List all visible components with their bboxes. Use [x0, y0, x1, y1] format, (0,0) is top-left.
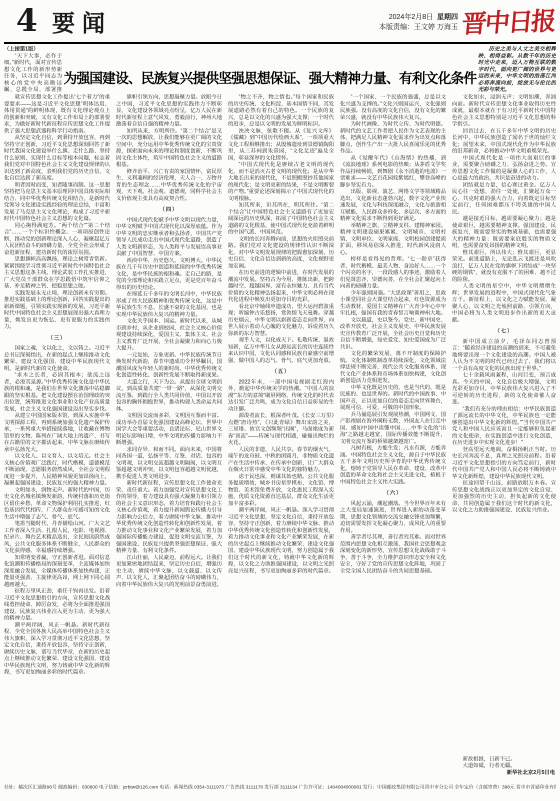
article-paragraph: 泱泱中华，历史悠久，文明博大。中华民族在几千年历史中创造和延续的中华优秀传统文化… [116, 257, 222, 291]
article-column-2: 旗帜引领方向，思想凝聚力量。放眼今日之中国，习近平文化思想的实践伟力不断彰显，文… [116, 94, 222, 776]
article-paragraph: 登高望远天地阔，奋楫扬帆正当时。历史长河奔流不息，真理之光照亮前程。沿着习近平文… [452, 446, 556, 480]
article-paragraph: 越是接近目标，越需要凝心聚力；越是使命艰巨，越需要精神支撑。强国建设、民族复兴，… [452, 216, 556, 250]
article-paragraph: 知常明变者赢，守正创新者进。面对信息化浪潮和传播格局的深刻变革，主流媒体加快深度… [4, 554, 110, 588]
article-paragraph: “一个国家、一个民族的强盛，总是以文化兴盛为支撑的。”文化兴则国运兴，文化强则民… [340, 94, 446, 121]
article-paragraph: “中国式现代化是赓续古老文明的现代化，而不是消灭古老文明的现代化；是从中华大地长… [228, 162, 334, 203]
article-paragraph: 文明因交流而多彩，文明因互鉴而丰富。成功举办首届文化强国建设高峰论坛、世界中国学… [116, 413, 222, 447]
article-column-5: 文化如水，浸润无声；文明如潮，奔涌向前。新时代宣传思想文化事业取得历史性成就，最… [452, 94, 556, 776]
article-paragraph: 兵马俑巡展引发观展热潮，中国网文、国产影视剧在海外圈粉无数，外国友人在行走中国、… [340, 411, 446, 445]
article-paragraph: “天下大事，必作于细。”新时代，面对宣传思想文化工作的新形势新任务，以习近平同志… [4, 53, 62, 92]
section-title: 要闻 [52, 11, 112, 37]
article-paragraph: 举精神之旗、立精神支柱、建精神家园。精神文明建设硕果累累，文明城市、文明村镇、文… [340, 222, 446, 256]
article-paragraph: 实践发展永无止境，理论创新未有穷期。推进实践基础上的理论创新，回答实践提出的崭新… [4, 290, 110, 331]
article-paragraph: 文化如水，浸润无声；文明如潮，奔涌向前。新时代宣传思想文化事业取得历史性成就，最… [452, 94, 556, 128]
article-paragraph: 出版、影视、演艺、网络文学等领域精品迭出，文化新业态蓬勃兴起，数字文化产业快速发… [340, 189, 446, 223]
article-paragraph: 从建立中国国家版本馆，到深入实施中华文明探源工程，再到系统加强文化遗产保护传承，… [4, 413, 110, 454]
date-line: 2024年2月8日 星期四 [379, 13, 458, 23]
article-paragraph: 征程万里风正劲，重任千钧再出发。沿着习近平文化思想指引的方向，宣传思想文化战线勇… [4, 588, 110, 622]
article-column-4: “一个国家、一个民族的强盛，总是以文化兴盛为支撑的。”文化兴则国运兴，文化强则民… [340, 94, 446, 776]
masthead-logo: 晋中日报 [460, 5, 555, 40]
continued-note: （上接第1版） [4, 46, 62, 53]
article-paragraph: 新时代新征程，宣传思想文化工作使命光荣、责任重大。着力加强党对宣传思想文化工作的… [116, 480, 222, 554]
article-paragraph: 以文化人、以文育人、以文培元。社会主义核心价值观广泛践行，时代楷模、道德模范不断… [4, 453, 110, 487]
article-paragraph: 就宣传思想文化工作提出“七个着力”的重要要求——这是习近平文化思想“明体达用、体… [4, 94, 110, 135]
dateline: 新华社北京2月5日电 [452, 769, 556, 776]
article-paragraph: 人民的非遗，人民共享。春节的烟火气、端午的龙舟鼓、中秋的团圆月，非物质文化遗产在… [228, 446, 334, 473]
section-marker: （七） [452, 328, 556, 335]
article-paragraph: 团结就是力量，信心赛过黄金。亿万人民心往一处想、劲往一处使，汇聚起万众一心、共克… [452, 182, 556, 216]
article-paragraph: 思想旗帜高高飘扬，理论之树常青常新。紧紧围绕学习贯彻习近平新时代中国特色社会主义… [4, 256, 110, 290]
article-paragraph: 知其所来，识其所在，明其所往。“第二个结合”让中国特色社会主义道路有了更加宏阔深… [228, 202, 334, 236]
article-paragraph: 凡树有根，方能生发；凡水有源，方能奔涌。中国特色社会主义文化，源自于中华民族五千… [340, 445, 446, 486]
section-marker: （四） [116, 207, 222, 214]
article-paragraph: 修齐治平、兴亡有责的家国情怀，富民厚生、义利兼顾的经济伦理，天人合一、万物并育的… [116, 168, 222, 202]
article-paragraph: 2022年末，一部中国电视剧走红海内外，掀起中华传统美学的热潮。“中国人的浪漫”… [228, 379, 334, 413]
article-paragraph: 同心掬得满庭芳。“两个结合”“第二个结合”……一个个标识性概念、一项项原创性论断… [4, 222, 110, 256]
article-paragraph: 潮平两岸阔，风正一帆悬。新时代新征程，全党全国各族人民高举中国特色社会主义伟大旗… [4, 622, 110, 676]
article-paragraph: 新中国成立前夕，毛泽东同志曾预言：“随着经济建设的高潮的到来，不可避免地将要出现… [452, 338, 556, 372]
date-block: 2024年2月8日 星期四 本版责编：王文婷 万海玉 [379, 13, 458, 33]
footer-text: 社址：榆次区汇通路96号 邮政编码：030600 电子信箱：jzrbtw@126… [4, 782, 556, 794]
article-paragraph: 文化关乎国本、国运。新时代以来，从城市到乡村，从企业到校园，社会主义核心价值观建… [116, 318, 222, 352]
article-paragraph: 观乎人文，以化成天下。礼敬传统、温故知新，亿万中华儿女从源远流长的历史连续性来认… [228, 337, 334, 364]
article-paragraph: “我们有充分的理由相信：中华民族创造了源远流长的中华文化，中华民族也一定能够创造… [452, 406, 556, 447]
article-paragraph: 文明的长河奔腾向前，思想的火炬照亮前路。我们党对文化建设的规律性认识不断深化，对… [228, 236, 334, 270]
article-paragraph: “求木之长者，必固其根本；欲流之远者，必浚其泉源。”中华优秀传统文化是中华民族的… [4, 372, 110, 413]
column-4-text: “一个国家、一个民族的强盛，总是以文化兴盛为支撑的。”文化兴则国运兴，文化强则民… [340, 94, 446, 776]
header-rule [4, 42, 556, 44]
left-column-top-text: （上接第1版）“天下大事，必作于细。”新时代，面对宣传思想文化工作的新形势新任务… [4, 46, 62, 92]
column-2-text: 旗帜引领方向，思想凝聚力量。放眼今日之中国，习近平文化思想的实践伟力不断彰显，文… [116, 94, 222, 776]
page-number: 4 [16, 4, 38, 38]
article-paragraph: 文化的繁荣发展，离不开制度的保障护航。文化体制机制改革持续深化，文化领域法律法规… [340, 351, 446, 385]
article-paragraph: 看北京中轴线申遗成功，望大运河碧波重现；听编钟古乐悠扬，赏敦煌飞天曼舞。穿越历史… [228, 303, 334, 337]
article-paragraph: 江山壮丽，人民豪迈，前程远大。让我们更加紧密地团结起来，坚定历史自信，增强历史主… [116, 554, 222, 588]
page-footer: 社址：榆次区汇通路96号 邮政编码：030600 电子信箱：jzrbtw@126… [4, 782, 556, 794]
page-header: 4 要闻 2024年2月8日 星期四 本版责编：王文婷 万海玉 晋中日报 [0, 0, 560, 44]
column-1-text: 就宣传思想文化工作提出“七个着力”的重要要求——这是习近平文化思想“明体达用、体… [4, 94, 110, 776]
right-column-intro-text: 历史之美与人文之美交相辉映、相得益彰。从数千年的历史时光中走来，迈入万物互联的数… [478, 46, 556, 92]
section-marker: （六） [340, 490, 446, 497]
article-paragraph: 国家之魂，文以化之，文以铸之。习近平总书记深刻指出，在新的起点上继续推动文化繁荣… [4, 345, 110, 372]
article-column-3: “物之不齐，物之情也。”每个国家和民族的历史传统、文化积淀、基本国情不同，其发展… [228, 94, 334, 776]
closing-line: 新故相推，日新不已。 [452, 756, 556, 763]
date-text: 2024年2月8日 [389, 14, 433, 21]
article-paragraph: 历史之美与人文之美交相辉映、相得益彰。从数千年的历史时光中走来，迈入万物互联的数… [478, 46, 556, 92]
weekday-text: 星期四 [437, 14, 458, 21]
article-paragraph: 泱泱文脉，弦歌不辍。从《复兴文库》《儒藏》到“中国历代绘画大系”，一项项重大文化… [228, 128, 334, 162]
article-paragraph: 惟其艰巨，所以伟大；惟其艰巨，更显荣光。前进道路上，无论乱云飞渡还是风吹浪打，亿… [452, 249, 556, 283]
article-paragraph: 中国式现代化是一项伟大而艰巨的事业，需要聚合磅礴之力、弘扬奋进之势。宣传思想文化… [452, 155, 556, 182]
article-paragraph: 人类文明的星空中，中华文明熠熠生辉；世界发展的进程中，中国式现代化气象万千。新征… [452, 283, 556, 324]
article-paragraph: 文明如水，润物无声。新时代的中国，历史文化名城名镇焕发新韵，传统村落和历史街区留… [4, 487, 110, 521]
editors-line: 本版责编：王文婷 万海玉 [379, 23, 458, 33]
newspaper-page: 4 要闻 2024年2月8日 星期四 本版责编：王文婷 万海玉 晋中日报 为强国… [0, 0, 560, 801]
left-column-top: （上接第1版）“天下大事，必作于细。”新时代，面对宣传思想文化工作的新形势新任务… [4, 46, 62, 92]
article-paragraph: 求同存异、和而不同。面向未来，中国将同各国一道，弘扬平等、互鉴、对话、包容的文明… [116, 446, 222, 480]
article-paragraph: 在历史前进的逻辑中前进，在时代发展的潮流中发展。坚持古为今用、推陈出新，把跨越时… [228, 270, 334, 304]
article-paragraph: 从《觉醒年代》《山海情》的热播，到《流浪地球》系列电影的热映；从茅盾文学奖作品持… [340, 155, 446, 189]
article-paragraph: 为时代画像、为时代立传、为时代明德。新时代的文艺工作者把人民作为文艺表现的主体，… [340, 121, 446, 155]
section-marker: （五） [228, 369, 334, 376]
article-paragraph: 回首过去，在五千多年中华文明的历史长河中，中华民族创造了闻名于世的灿烂文化；展望… [452, 128, 556, 155]
article-paragraph: 榜样是看得见的哲理。“七一勋章”获得者、时代楷模、最美人物、身边好人……一个个闪… [340, 256, 446, 290]
column-5-text: 文化如水，浸润无声；文明如潮，奔涌向前。新时代宣传思想文化事业取得历史性成就，最… [452, 94, 556, 776]
article-paragraph: 中华文化既是历史的、也是当代的，既是民族的、也是世界的。新时代的中国故事、中国声… [340, 384, 446, 411]
article-paragraph: 潮平两岸阔，风正一帆悬。深入学习贯彻习近平文化思想，坚定文化自信，秉持开放包容，… [228, 507, 334, 575]
article-paragraph: 在绵延五千多年的文明长河中，中华民族形成了伟大民族精神和优秀传统文化，这是中华民… [116, 291, 222, 318]
article-paragraph: 一元复始，万象更新。中华民族传统节日焕发时代新韵，春节申遗成功令世界瞩目，国潮国… [116, 352, 222, 379]
closing-line: 大道如砥，行者无疆。 [452, 763, 556, 770]
article-paragraph: 虑于民也深，则谋其始也精。公共文化服务提质增效，城乡书房星罗棋布，文化馆、博物馆… [228, 473, 334, 507]
article-paragraph: 少年强则国强。“大思政课”善用之，思政小课堂同社会大课堂结合起来，红色资源成为生… [340, 290, 446, 317]
article-paragraph: 源浚者流长，根深者叶茂。《长安三万里》点燃“唐诗热”，《只此青绿》舞出宋韵之美，… [228, 413, 334, 447]
column-3-text: “物之不齐，物之情也。”每个国家和民族的历史传统、文化积淀、基本国情不同，其发展… [228, 94, 334, 776]
article-closing: 新故相推，日新不已。 大道如砥，行者无疆。 新华社北京2月5日电 [452, 754, 556, 776]
article-paragraph: 旗帜引领方向，思想凝聚力量。放眼今日之中国，习近平文化思想的实践伟力不断彰显，文… [116, 94, 222, 128]
section-marker: （三） [4, 335, 110, 342]
article-paragraph: 笔墨当随时代，丹青描绘山河。广大文艺工作者深入生活、扎根人民，电影、电视剧、纪录… [4, 521, 110, 555]
article-paragraph: 善学者尽其理，善行者究其难。面对世界范围内思想文化相互激荡、我国社会思想观念深刻… [340, 534, 446, 575]
article-paragraph: 文以载道，史以鉴今。党史、新中国史、改革开放史、社会主义发展史、中华民族发展史宣… [340, 317, 446, 351]
article-headline: 为强国建设、民族复兴提供坚强思想保证、强大精神力量、有利文化条件 [66, 55, 474, 99]
right-column-top: 历史之美与人文之美交相辉映、相得益彰。从数千年的历史时光中走来，迈入万物互联的数… [478, 46, 556, 92]
article-paragraph: 七十余载风雨兼程，山河巨变，预言成真。今天的中国，文化自信极大增强，文明光彩更加… [452, 372, 556, 406]
article-paragraph: 中国式现代化赋予中华文明以现代力量，中华文明赋予中国式现代化以深厚底蕴。作为中华… [116, 217, 222, 258]
article-paragraph: “物之不齐，物之情也。”每个国家和民族的历史传统、文化积淀、基本国情不同，其发展… [228, 94, 334, 128]
article-paragraph: 明者因时而变，知者随事而制。这一思想坚持把马克思主义基本原理同中国具体实际相结合… [4, 182, 110, 223]
article-paragraph: 从坚定文化自信，到秉持开放包容，再到坚持守正创新，习近平文化思想深刻回答了新时代… [4, 135, 110, 182]
article-column-1: 就宣传思想文化工作提出“七个着力”的重要要求——这是习近平文化思想“明体达用、体… [4, 94, 110, 776]
article-paragraph: 风起云涌，潮起潮落。当今世界百年未有之大变局加速演进，世界进入新的动荡变革期，思… [340, 500, 446, 534]
article-paragraph: 大道之行，天下为公。从提出全球文明倡议，到高质量共建“一带一路”，从深化文明交流… [116, 379, 222, 413]
article-paragraph: 知所从来，方明所往。“第二个结合”是又一次的思想解放，让我们能够在更广阔的文化空… [116, 128, 222, 169]
article-paragraph: 征途回望千山远，前路放眼万木春。宣传思想文化战线正以更加坚定的文化自觉、更加强烈… [452, 480, 556, 514]
